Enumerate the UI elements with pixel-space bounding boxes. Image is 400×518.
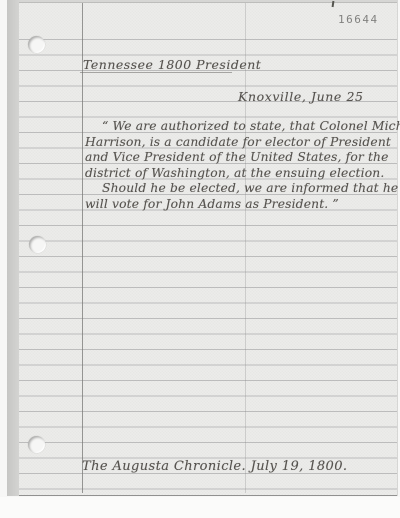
- ruled-lines: [19, 39, 397, 491]
- punch-hole-bottom: [28, 436, 45, 453]
- scanned-notebook-page: 16644 Tennessee 1800 President Knoxville…: [19, 2, 397, 495]
- title-underline: [80, 72, 232, 73]
- handwritten-line: Should he be elected, we are informed th…: [85, 181, 390, 197]
- accession-stamp-number: 16644: [338, 13, 379, 26]
- scan-background: [0, 497, 400, 518]
- handwritten-line: Harrison, is a candidate for elector of …: [85, 135, 390, 151]
- handwritten-paragraph: “ We are authorized to state, that Colon…: [85, 119, 390, 212]
- margin-line: [82, 3, 83, 493]
- page-title: Tennessee 1800 President: [83, 57, 261, 72]
- source-citation: The Augusta Chronicle. July 19, 1800.: [82, 459, 347, 474]
- punch-hole-top: [28, 36, 45, 53]
- fold-crease: [245, 3, 246, 493]
- dateline: Knoxville, June 25: [238, 89, 364, 104]
- handwritten-line: “ We are authorized to state, that Colon…: [85, 119, 390, 135]
- handwritten-line: and Vice President of the United States,…: [85, 150, 390, 166]
- handwritten-line: district of Washington, at the ensuing e…: [85, 166, 390, 182]
- handwritten-line: will vote for John Adams as President. ”: [85, 197, 390, 213]
- punch-hole-middle: [29, 236, 46, 253]
- top-edge-mark: [332, 1, 335, 7]
